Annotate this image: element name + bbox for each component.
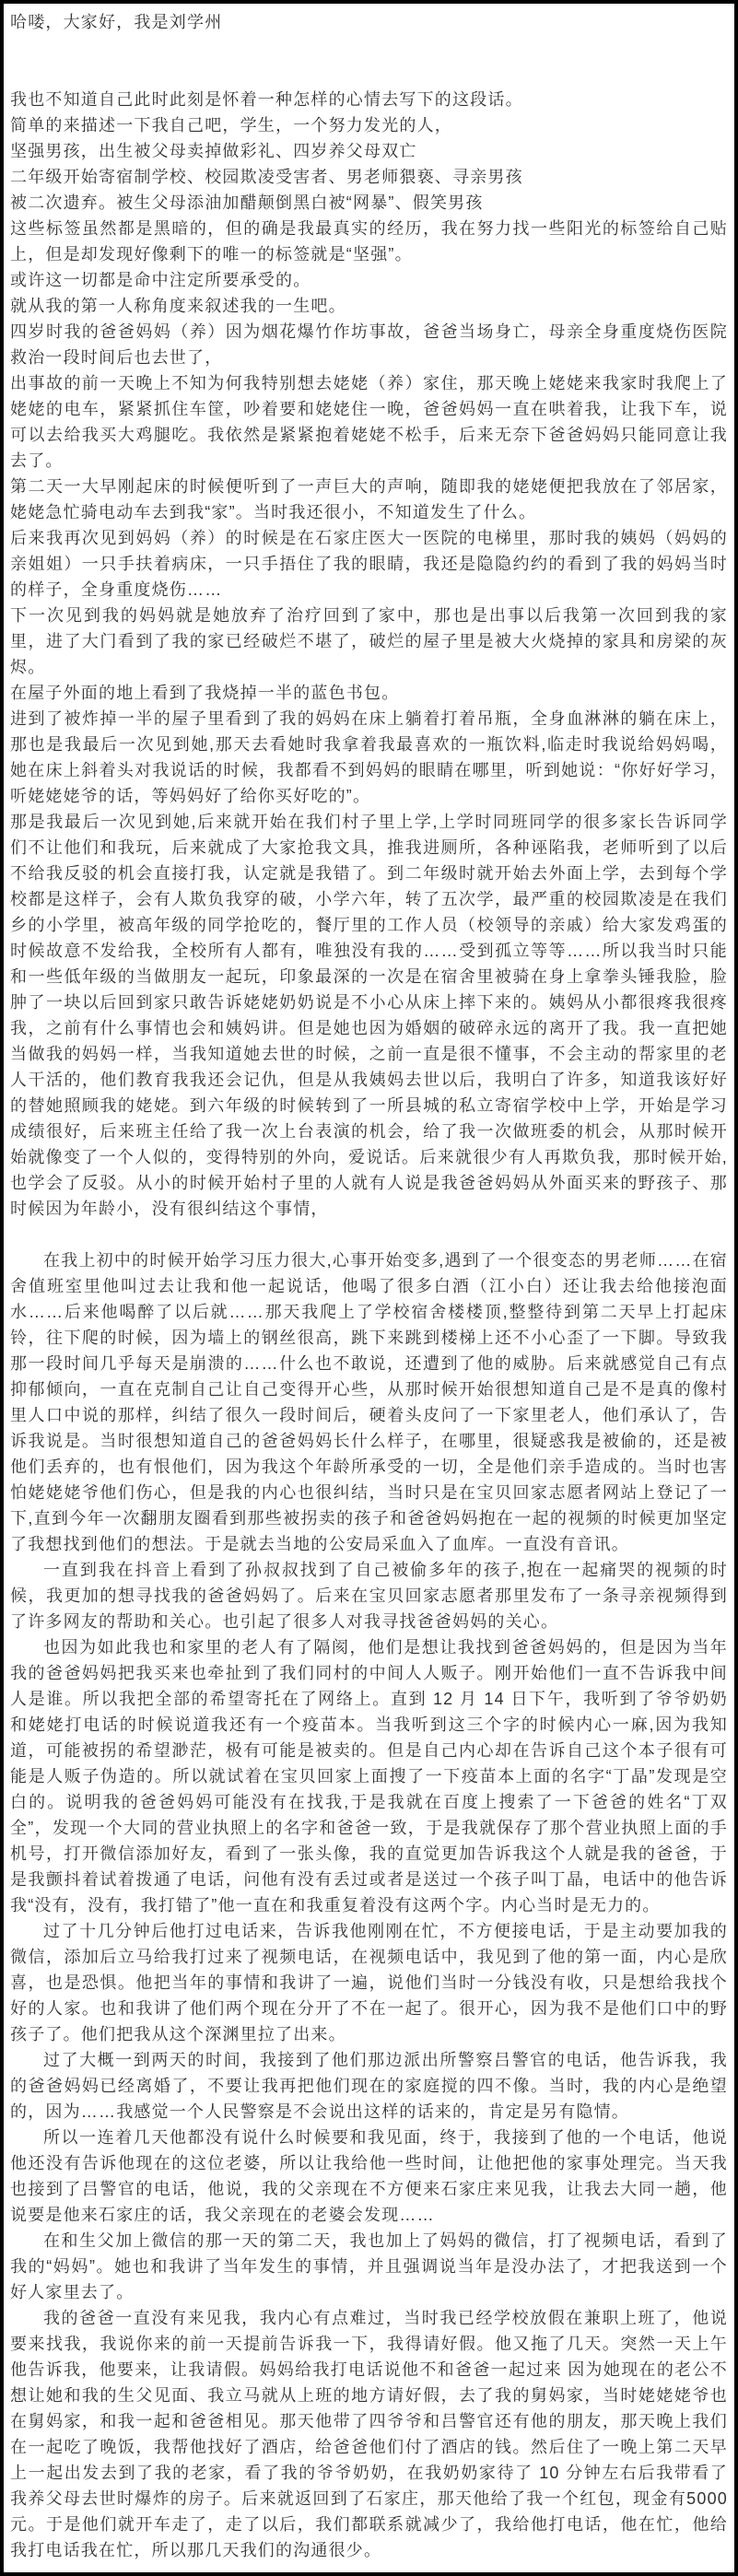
paragraph: 所以一连着几天他都没有说什么时候要和我见面，终于，我接到了他的一个电话，他说他还… (10, 2125, 728, 2228)
paragraph: 后来我再次见到妈妈（养）的时候是在石家庄医大一医院的电梯里，那时我的姨妈（妈妈的… (10, 525, 728, 603)
paragraph: 我的爸爸一直没有来见我，我内心有点难过，当时我已经学校放假在兼职上班了，他说要来… (10, 2305, 728, 2563)
paragraph: 一直到我在抖音上看到了孙叔叔找到了自己被偷多年的孩子,抱在一起痛哭的视频的时候，… (10, 1557, 728, 1634)
greeting-line: 哈喽，大家好，我是刘学州 (10, 9, 728, 35)
paragraph: 也因为如此我也和家里的老人有了隔阂，他们是想让我找到爸爸妈妈的，但是因为当年我的… (10, 1634, 728, 1918)
paragraph: 出事故的前一天晚上不知为何我特别想去姥姥（养）家住，那天晚上姥姥来我家时我爬上了… (10, 370, 728, 474)
paragraph: 过了大概一到两天的时间，我接到了他们那边派出所警察吕警官的电话，他告诉我，我的爸… (10, 2047, 728, 2125)
letter-document: 哈喽，大家好，我是刘学州 我也不知道自己此时此刻是怀着一种怎样的心情去写下的这段… (0, 0, 738, 2576)
paragraph: 下一次见到我的妈妈就是她放弃了治疗回到了家中，那也是出事以后我第一次回到我的家里… (10, 603, 728, 680)
paragraph: 被二次遗弃。被生父母添油加醋颠倒黑白被“网暴”、假笑男孩 (10, 190, 728, 216)
paragraph: 就从我的第一人称角度来叙述我的一生吧。 (10, 293, 728, 319)
paragraph: 或许这一切都是命中注定所要承受的。 (10, 267, 728, 293)
paragraph: 二年级开始寄宿制学校、校园欺凌受害者、男老师猥亵、寻亲男孩 (10, 164, 728, 190)
paragraph: 四岁时我的爸爸妈妈（养）因为烟花爆竹作坊事故，爸爸当场身亡，母亲全身重度烧伤医院… (10, 319, 728, 370)
paragraph: 坚强男孩，出生被父母卖掉做彩礼、四岁养父母双亡 (10, 138, 728, 164)
paragraph: 进到了被炸掉一半的屋子里看到了我的妈妈在床上躺着打着吊瓶，全身血淋淋的躺在床上，… (10, 706, 728, 809)
paragraph: 简单的来描述一下我自己吧，学生，一个努力发光的人， (10, 112, 728, 138)
paragraph: 在和生父加上微信的那一天的第二天，我也加上了妈妈的微信，打了视频电话，看到了我的… (10, 2228, 728, 2305)
paragraph: 那是我最后一次见到她,后来就开始在我们村子里上学,上学时同班同学的很多家长告诉同… (10, 809, 728, 1222)
paragraph: 在屋子外面的地上看到了我烧掉一半的蓝色书包。 (10, 680, 728, 706)
paragraph: 我也不知道自己此时此刻是怀着一种怎样的心情去写下的这段话。 (10, 87, 728, 112)
paragraph: 第二天一大早刚起床的时候便听到了一声巨大的声响，随即我的姥姥便把我放在了邻居家，… (10, 474, 728, 525)
paragraph: 过了十几分钟后他打过电话来，告诉我他刚刚在忙，不方便接电话，于是主动要加我的微信… (10, 1918, 728, 2047)
paragraph: 这些标签虽然都是黑暗的，但的确是我最真实的经历，我在努力找一些阳光的标签给自己贴… (10, 216, 728, 267)
paragraph: 在我上初中的时候开始学习压力很大,心事开始变多,遇到了一个很变态的男老师……在宿… (10, 1247, 728, 1557)
